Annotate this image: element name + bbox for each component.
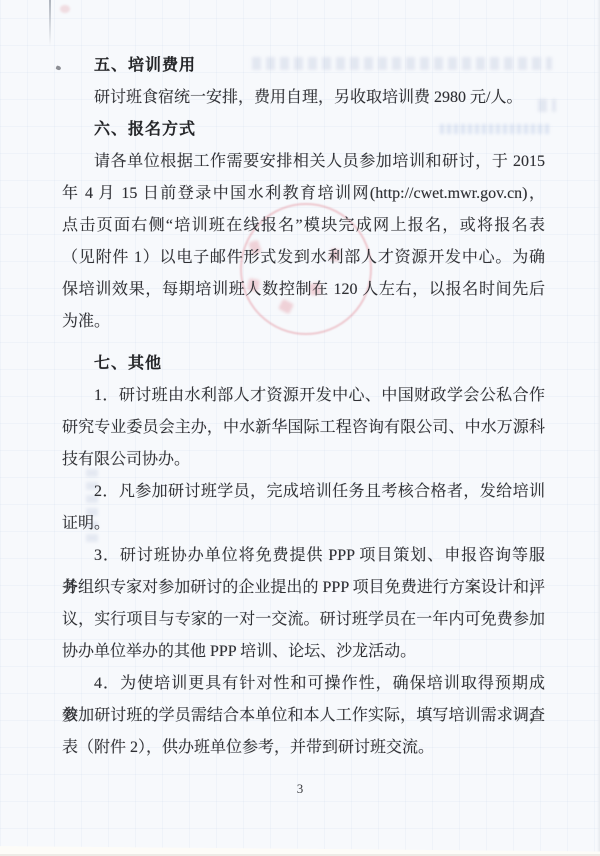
- doc-line: 1．研讨班由水利部人才资源开发中心、中国财政学会公私合作: [62, 380, 545, 412]
- scanned-page: 五、培训费用 研讨班食宿统一安排，费用自理，另收取培训费 2980 元/人。 六…: [0, 0, 600, 856]
- doc-line: 2．凡参加研讨班学员，完成培训任务且考核合格者，发给培训: [62, 476, 545, 508]
- doc-line: 证明。: [62, 508, 545, 540]
- doc-line: 协办单位举办的其他 PPP 培训、论坛、沙龙活动。: [62, 636, 545, 668]
- doc-line: 研讨班食宿统一安排，费用自理，另收取培训费 2980 元/人。: [62, 82, 545, 114]
- doc-line: 参加研讨班的学员需结合本单位和本人工作实际，填写培训需求调查: [62, 700, 545, 732]
- doc-line: 3．研讨班协办单位将免费提供 PPP 项目策划、申报咨询等服务，: [62, 540, 545, 572]
- doc-line: 保培训效果，每期培训班人数控制在 120 人左右，以报名时间先后: [62, 274, 545, 306]
- doc-line: （见附件 1）以电子邮件形式发到水利部人才资源开发中心。为确: [62, 242, 545, 274]
- document-text-block: 五、培训费用 研讨班食宿统一安排，费用自理，另收取培训费 2980 元/人。 六…: [62, 50, 545, 764]
- section-heading-fees: 五、培训费用: [62, 50, 545, 82]
- doc-line: 点击页面右侧“培训班在线报名”模块完成网上报名，或将报名表: [62, 210, 545, 242]
- section-heading-others: 七、其他: [62, 348, 545, 380]
- scan-edge-line: [49, 0, 51, 46]
- red-ink-speck: [60, 5, 70, 13]
- page-bottom-edge: [0, 840, 600, 856]
- doc-line: 表（附件 2），供办班单位参考，并带到研讨班交流。: [62, 732, 545, 764]
- section-heading-registration: 六、报名方式: [62, 114, 545, 146]
- doc-line: 研究专业委员会主办，中水新华国际工程咨询有限公司、中水万源科: [62, 412, 545, 444]
- doc-line: 请各单位根据工作需要安排相关人员参加培训和研讨，于 2015: [62, 146, 545, 178]
- ink-tick-mark: [55, 65, 61, 71]
- doc-line: 年 4 月 15 日前登录中国水利教育培训网(http://cwet.mwr.g…: [62, 178, 545, 210]
- doc-line: 并组织专家对参加研讨的企业提出的 PPP 项目免费进行方案设计和评: [62, 572, 545, 604]
- page-number: 3: [0, 781, 600, 797]
- doc-line: 为准。: [62, 306, 545, 338]
- doc-line: 4．为使培训更具有针对性和可操作性，确保培训取得预期成效，: [62, 668, 545, 700]
- doc-line: 议，实行项目与专家的一对一交流。研讨班学员在一年内可免费参加: [62, 604, 545, 636]
- doc-line: 技有限公司协办。: [62, 444, 545, 476]
